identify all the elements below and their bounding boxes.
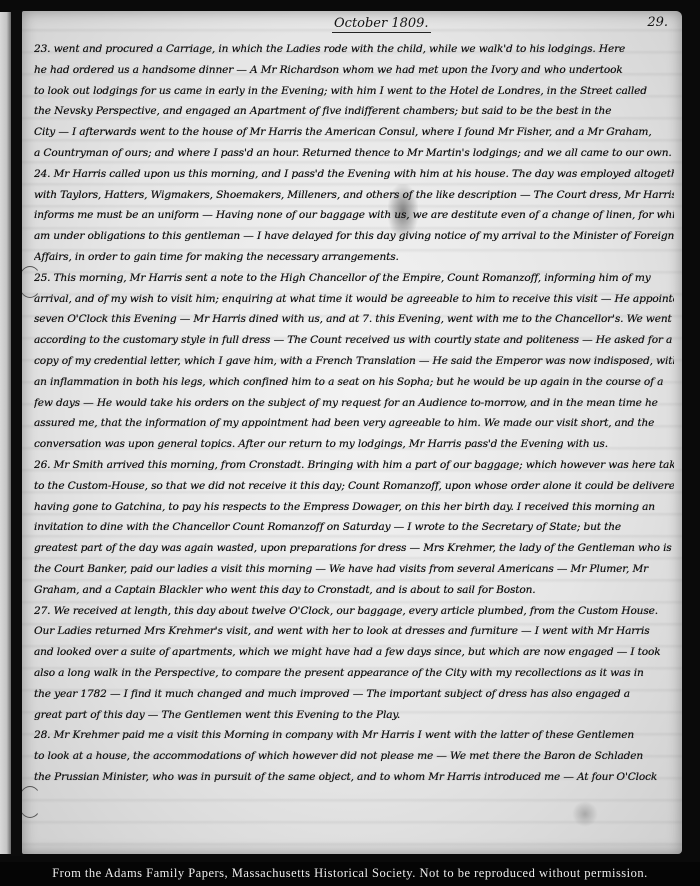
text-line: 25. This morning, Mr Harris sent a note …	[34, 268, 674, 289]
facing-page-edge	[0, 12, 11, 854]
text-line: conversation was upon general topics. Af…	[34, 434, 674, 455]
text-line: an inflammation in both his legs, which …	[34, 372, 674, 393]
text-line: 28. Mr Krehmer paid me a visit this Morn…	[34, 725, 674, 746]
text-line: a Countryman of ours; and where I pass'd…	[34, 143, 674, 164]
text-line: the Nevsky Perspective, and engaged an A…	[34, 101, 674, 122]
text-line: according to the customary style in full…	[34, 330, 674, 351]
text-line: 27. We received at length, this day abou…	[34, 601, 674, 622]
text-line: few days — He would take his orders on t…	[34, 393, 674, 414]
text-line: the Prussian Minister, who was in pursui…	[34, 767, 674, 788]
page-number: 29.	[647, 15, 668, 30]
text-line: Our Ladies returned Mrs Krehmer's visit,…	[34, 621, 674, 642]
text-line: to look at a house, the accommodations o…	[34, 746, 674, 767]
scanned-manuscript-image: October 1809. 29. 23. went and procured …	[0, 0, 700, 862]
entry-28-margin-mark	[22, 786, 42, 818]
text-line: having gone to Gatchina, to pay his resp…	[34, 497, 674, 518]
copyright-credit: From the Adams Family Papers, Massachuse…	[0, 866, 700, 886]
text-line: Affairs, in order to gain time for makin…	[34, 247, 674, 268]
text-line: the Court Banker, paid our ladies a visi…	[34, 559, 674, 580]
text-line: he had ordered us a handsome dinner — A …	[34, 60, 674, 81]
date-heading: October 1809.	[332, 17, 431, 33]
text-line: City — I afterwards went to the house of…	[34, 122, 674, 143]
text-line: am under obligations to this gentleman —…	[34, 226, 674, 247]
paper-stain	[572, 801, 598, 827]
text-line: Graham, and a Captain Blackler who went …	[34, 580, 674, 601]
text-line: 23. went and procured a Carriage, in whi…	[34, 39, 674, 60]
text-line: great part of this day — The Gentlemen w…	[34, 705, 674, 726]
text-line: arrival, and of my wish to visit him; en…	[34, 289, 674, 310]
text-line: seven O'Clock this Evening — Mr Harris d…	[34, 309, 674, 330]
text-line: 26. Mr Smith arrived this morning, from …	[34, 455, 674, 476]
handwritten-text-body: 23. went and procured a Carriage, in whi…	[34, 39, 674, 788]
page-header: October 1809. 29.	[22, 15, 682, 35]
text-line: and looked over a suite of apartments, w…	[34, 642, 674, 663]
text-line: informs me must be an uniform — Having n…	[34, 205, 674, 226]
text-line: 24. Mr Harris called upon us this mornin…	[34, 164, 674, 185]
text-line: greatest part of the day was again waste…	[34, 538, 674, 559]
text-line: copy of my credential letter, which I ga…	[34, 351, 674, 372]
text-line: assured me, that the information of my a…	[34, 413, 674, 434]
text-line: the year 1782 — I find it much changed a…	[34, 684, 674, 705]
text-line: to look out lodgings for us came in earl…	[34, 81, 674, 102]
text-line: with Taylors, Hatters, Wigmakers, Shoema…	[34, 185, 674, 206]
text-line: to the Custom-House, so that we did not …	[34, 476, 674, 497]
text-line: also a long walk in the Perspective, to …	[34, 663, 674, 684]
manuscript-page: October 1809. 29. 23. went and procured …	[22, 11, 682, 854]
text-line: invitation to dine with the Chancellor C…	[34, 517, 674, 538]
